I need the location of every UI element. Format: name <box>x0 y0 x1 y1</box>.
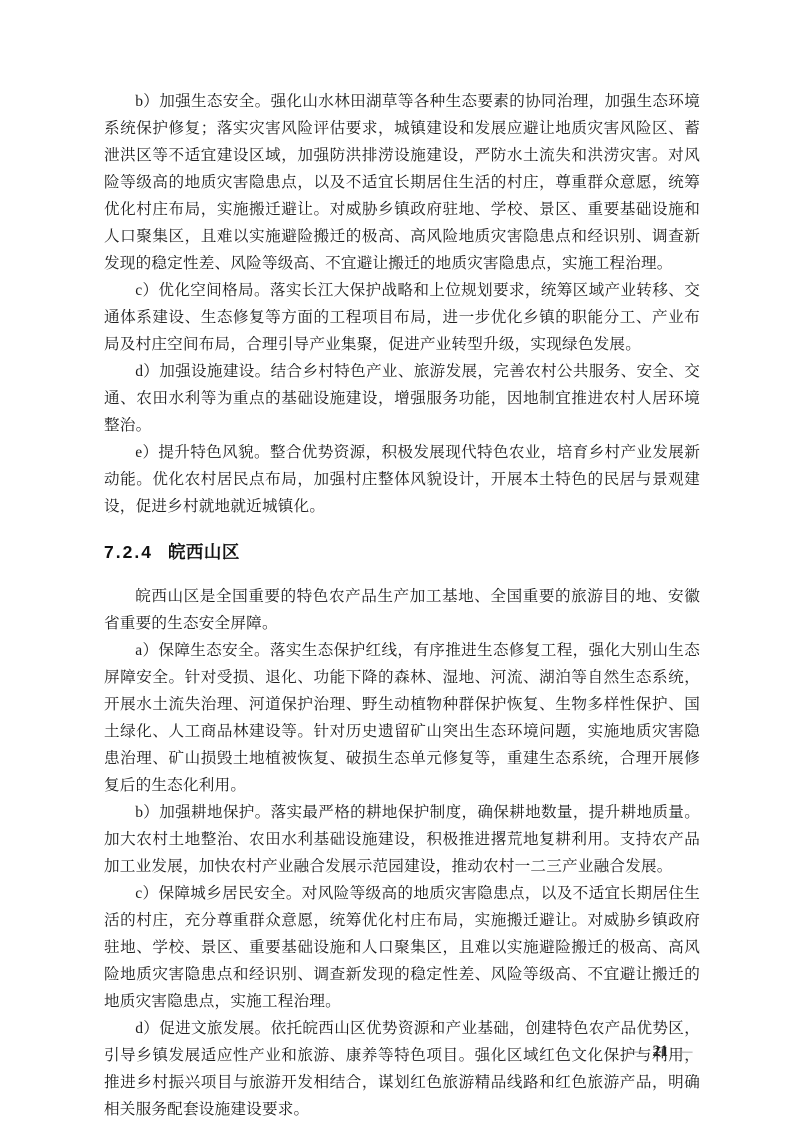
para-d-culture-tourism-development: d）促进文旅发展。依托皖西山区优势资源和产业基础，创建特色农产品优势区，引导乡镇… <box>104 1015 700 1122</box>
footer-left-dash: — <box>628 1041 644 1063</box>
page-number: 21 <box>653 1041 669 1063</box>
section-title: 皖西山区 <box>168 542 240 562</box>
para-e-enhance-distinctive-character: e）提升特色风貌。整合优势资源，积极发展现代特色农业，培育乡村产业发展新动能。优… <box>104 439 700 520</box>
para-a-safeguard-eco-safety: a）保障生态安全。落实生态保护红线，有序推进生态修复工程，强化大别山生态屏障安全… <box>104 637 700 799</box>
para-c-urban-rural-resident-safety: c）保障城乡居民安全。对风险等级高的地质灾害隐患点，以及不适宜长期居住生活的村庄… <box>104 880 700 1015</box>
footer-right-dash: — <box>677 1041 693 1063</box>
para-wanxi-intro: 皖西山区是全国重要的特色农产品生产加工基地、全国重要的旅游目的地、安徽省重要的生… <box>104 583 700 637</box>
para-c-optimize-spatial-pattern: c）优化空间格局。落实长江大保护战略和上位规划要求，统筹区域产业转移、交通体系建… <box>104 277 700 358</box>
section-number: 7.2.4 <box>104 542 153 562</box>
para-d-strengthen-facility-construction: d）加强设施建设。结合乡村特色产业、旅游发展，完善农村公共服务、安全、交通、农田… <box>104 358 700 439</box>
document-body: b）加强生态安全。强化山水林田湖草等各种生态要素的协同治理，加强生态环境系统保护… <box>104 88 700 1122</box>
section-heading-724-wanxi-mountain-area: 7.2.4皖西山区 <box>104 539 700 566</box>
para-b-strengthen-eco-safety: b）加强生态安全。强化山水林田湖草等各种生态要素的协同治理，加强生态环境系统保护… <box>104 88 700 277</box>
document-page: b）加强生态安全。强化山水林田湖草等各种生态要素的协同治理，加强生态环境系统保护… <box>0 0 793 1122</box>
page-footer: — 21 — <box>628 1041 693 1063</box>
para-b-farmland-protection: b）加强耕地保护。落实最严格的耕地保护制度，确保耕地数量，提升耕地质量。加大农村… <box>104 799 700 880</box>
